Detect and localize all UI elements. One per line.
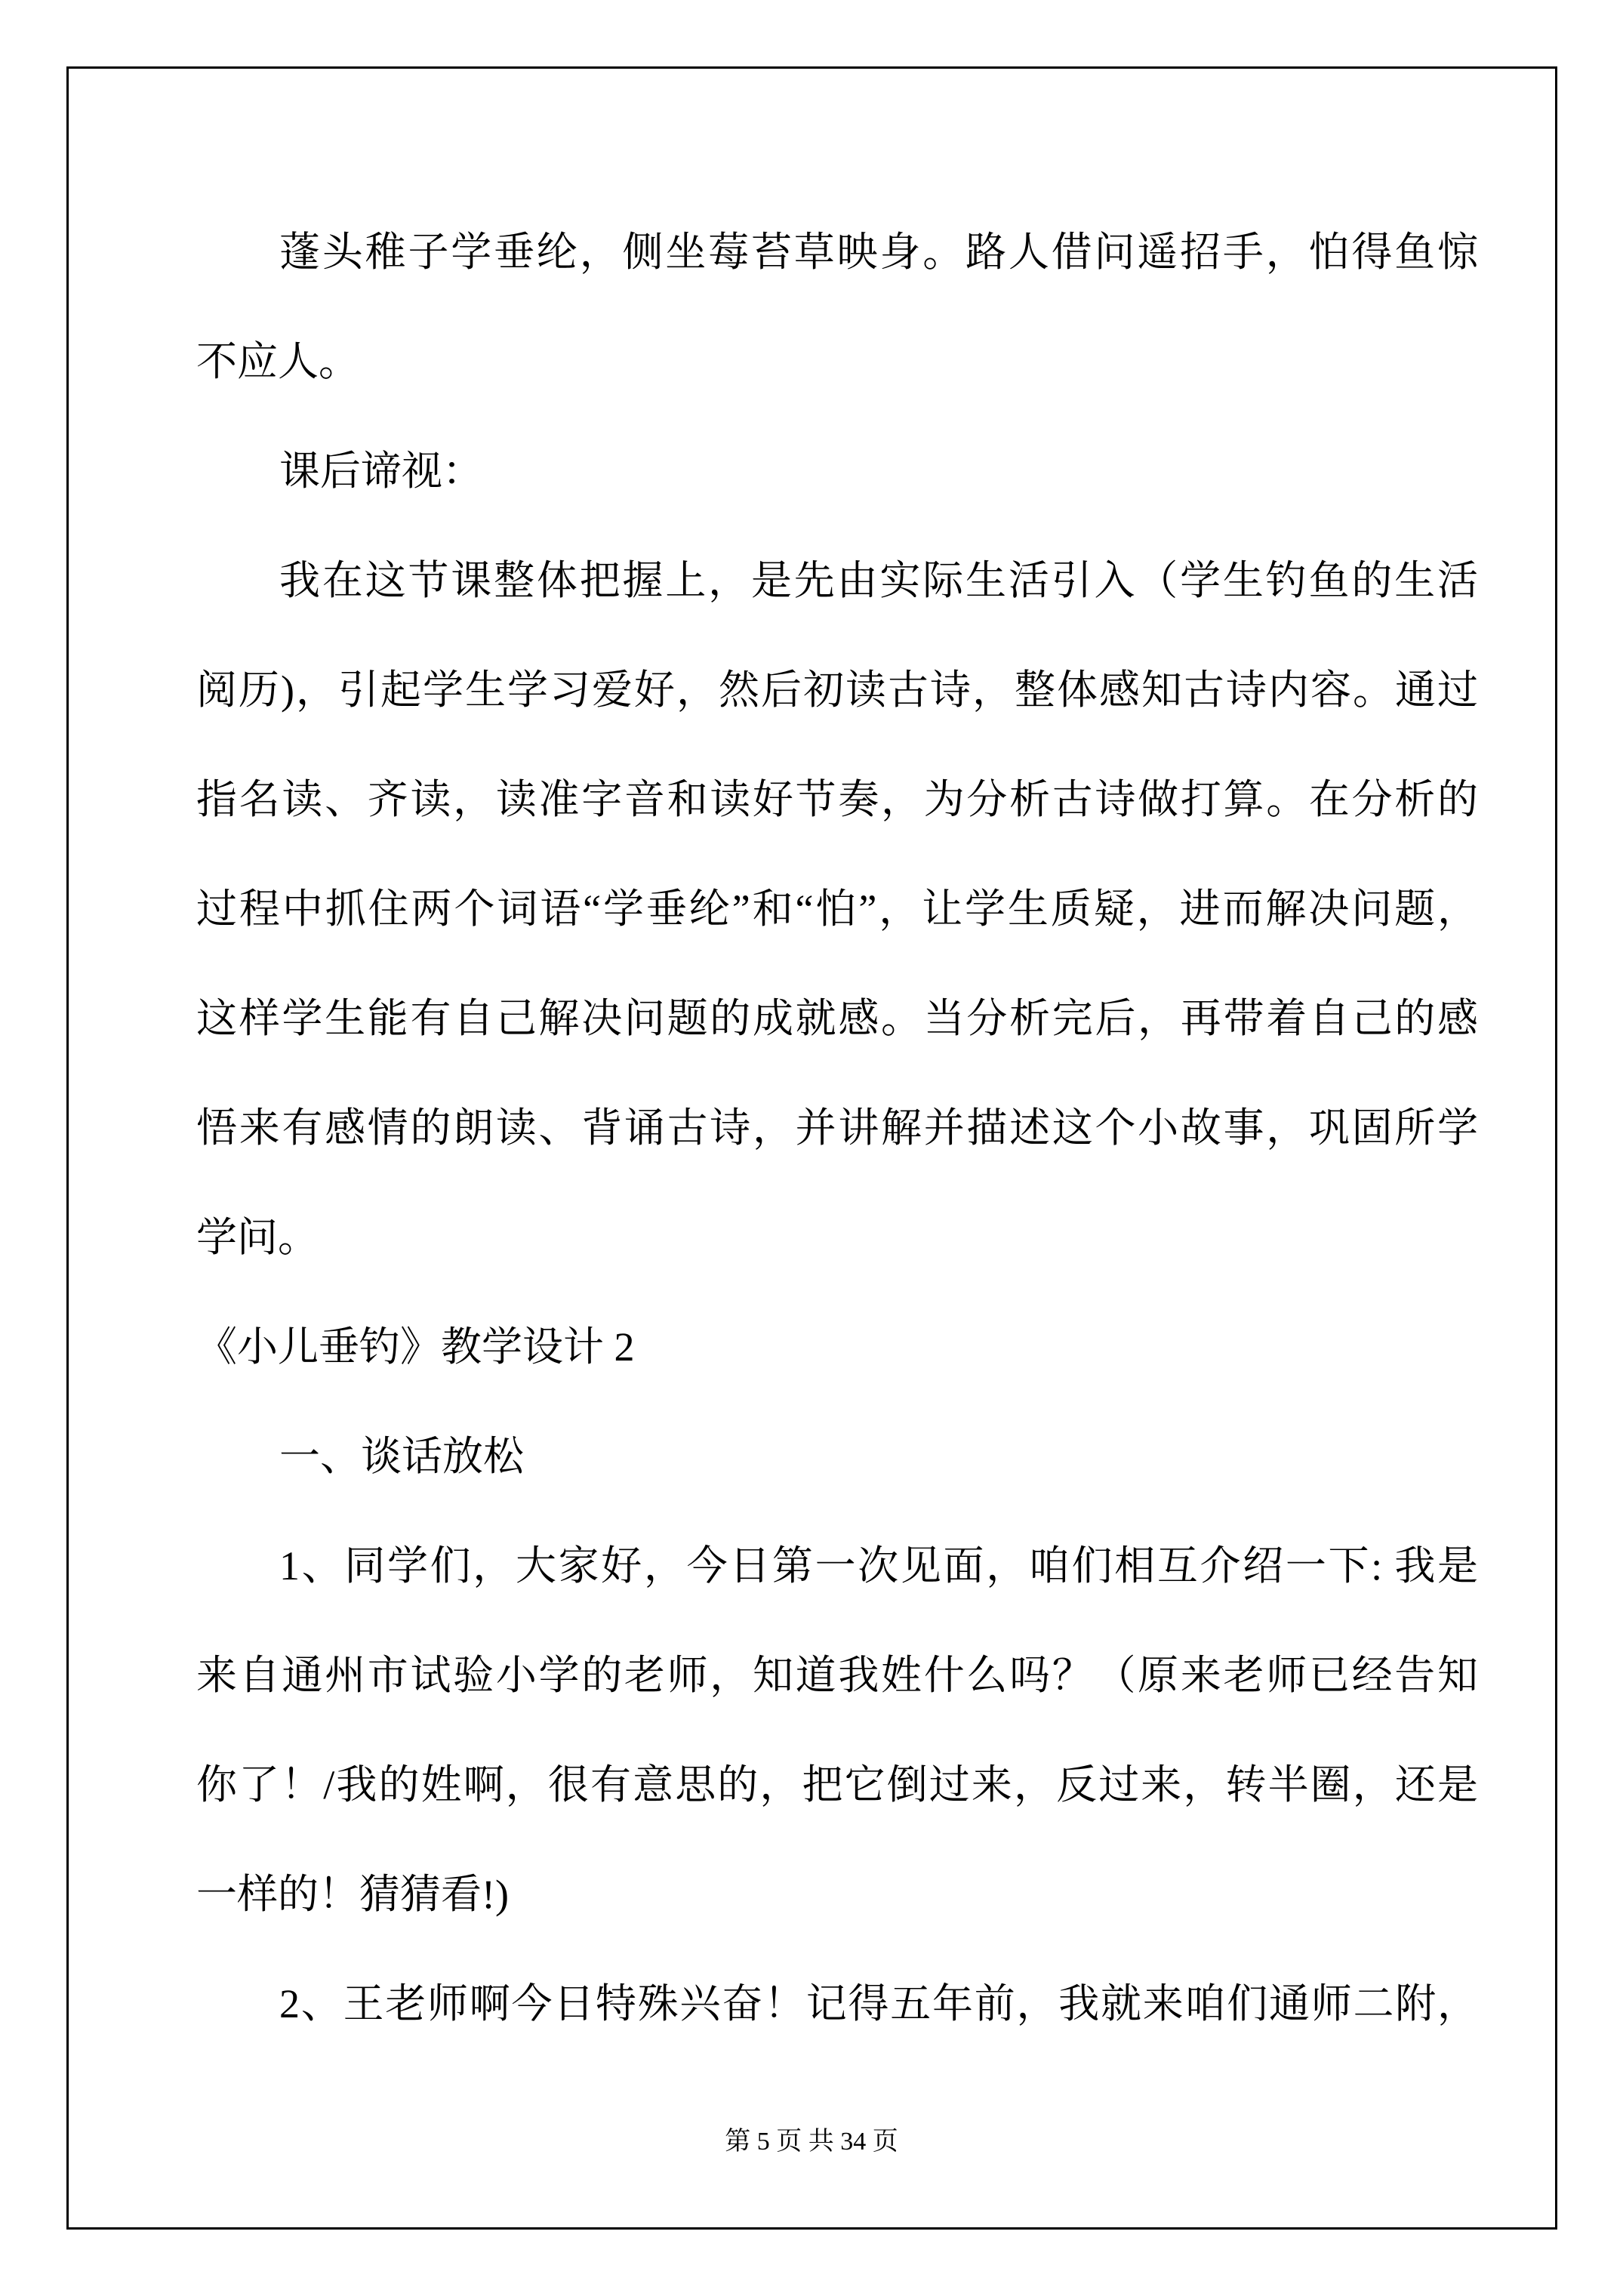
text-line: 阅历)，引起学生学习爱好，然后初读古诗，整体感知古诗内容。通过 <box>196 636 1478 745</box>
text-line: 一样的！猜猜看!) <box>196 1840 1478 1949</box>
document-body: 蓬头稚子学垂纶，侧坐莓苔草映身。路人借问遥招手，怕得鱼惊不应人。课后谛视：我在这… <box>196 198 1478 2059</box>
document-page: 蓬头稚子学垂纶，侧坐莓苔草映身。路人借问遥招手，怕得鱼惊不应人。课后谛视：我在这… <box>0 0 1623 2296</box>
text-line: 学问。 <box>196 1183 1478 1293</box>
text-line: 悟来有感情的朗读、背诵古诗，并讲解并描述这个小故事，巩固所学 <box>196 1074 1478 1183</box>
page-number: 第 5 页 共 34 页 <box>725 2128 898 2156</box>
text-line: 过程中抓住两个词语“学垂纶”和“怕”，让学生质疑，进而解决问题， <box>196 855 1478 964</box>
text-line: 蓬头稚子学垂纶，侧坐莓苔草映身。路人借问遥招手，怕得鱼惊 <box>196 198 1478 307</box>
text-line: 2、王老师啊今日特殊兴奋！记得五年前，我就来咱们通师二附， <box>196 1949 1478 2059</box>
text-line: 《小儿垂钓》教学设计 2 <box>196 1293 1478 1402</box>
text-line: 1、同学们，大家好，今日第一次见面，咱们相互介绍一下: 我是 <box>196 1512 1478 1621</box>
text-line: 课后谛视： <box>196 417 1478 526</box>
text-line: 不应人。 <box>196 307 1478 417</box>
text-line: 你了！/我的姓啊，很有意思的，把它倒过来，反过来，转半圈，还是 <box>196 1730 1478 1840</box>
text-line: 一、谈话放松 <box>196 1402 1478 1512</box>
text-line: 来自通州市试验小学的老师，知道我姓什么吗？（原来老师已经告知 <box>196 1621 1478 1730</box>
text-line: 指名读、齐读，读准字音和读好节奏，为分析古诗做打算。在分析的 <box>196 745 1478 855</box>
text-line: 我在这节课整体把握上，是先由实际生活引入（学生钓鱼的生活 <box>196 526 1478 636</box>
text-line: 这样学生能有自己解决问题的成就感。当分析完后，再带着自己的感 <box>196 964 1478 1074</box>
page-footer: 第 5 页 共 34 页 <box>0 2123 1623 2161</box>
